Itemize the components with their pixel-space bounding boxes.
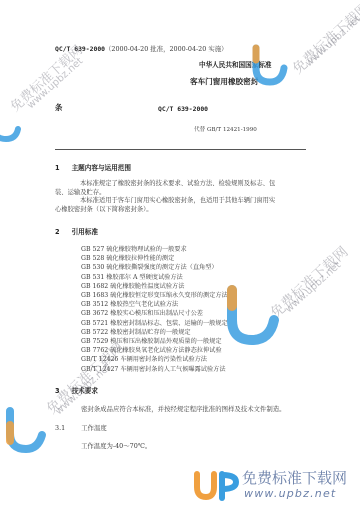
up-logo-icon xyxy=(2,405,50,455)
watermark-middle-right: 免费标准下载网 www.upbz.net xyxy=(220,250,340,360)
up-logo-icon xyxy=(192,471,240,501)
reference-item: GB 531 橡胶邵尔 A 型硬度试验方法 xyxy=(81,273,228,282)
brand-site-url: www.upbz.net xyxy=(244,488,336,500)
section-3-heading: 3技术要求 xyxy=(55,387,98,395)
watermark-top-left: 免费标准下载网 www.upbz.net xyxy=(0,20,130,140)
replaces-note: 代替 GB/T 12421-1990 xyxy=(194,126,257,134)
national-standard-label: 中华人民共和国国家标准 xyxy=(199,61,272,69)
header-code: QC/T 639-2000 xyxy=(55,45,105,53)
subsection-3-1-heading: 3.1工作温度 xyxy=(55,424,107,432)
section-1-body: 本标准规定了橡胶密封条的技术要求、试验方法、检验规则及标志、包 装、运输及贮存。… xyxy=(55,180,307,215)
paragraph-line: 本标准规定了橡胶密封条的技术要求、试验方法、检验规则及标志、包 xyxy=(55,180,307,189)
paragraph-line: 心橡胶密封条（以下简称密封条）。 xyxy=(55,206,307,215)
reference-item: GB 1683 硫化橡胶恒定形变压缩永久变形的测定方法 xyxy=(81,291,228,300)
paragraph-line: 本标准适用于客车门窗用实心橡胶密封条，也适用于其他车辆门窗用实 xyxy=(55,197,307,206)
reference-item: GB/T 12427 车辆用密封条的人工气候曝露试验方法 xyxy=(81,365,228,374)
document-page: QC/T 639-2000（2000-04-20 批准，2000-04-20 实… xyxy=(0,0,360,509)
header-dates: （2000-04-20 批准，2000-04-20 实施） xyxy=(105,45,228,53)
reference-item: GB 528 硫化橡胶拉伸性能的测定 xyxy=(81,254,228,263)
section-1-heading: 1主题内容与运用范围 xyxy=(55,164,131,172)
reference-item: GB 3672 橡胶实心模压和压出制品尺寸公差 xyxy=(81,309,228,318)
section-number: 2 xyxy=(55,228,60,236)
section-title: 主题内容与运用范围 xyxy=(72,164,131,172)
reference-item: GB 3512 橡胶热空气老化试验方法 xyxy=(81,300,228,309)
title-code: QC/T 639-2000 xyxy=(158,105,208,113)
reference-list: GB 527 硫化橡胶物理试验的一般要求 GB 528 硫化橡胶拉伸性能的测定 … xyxy=(81,245,228,374)
reference-item: GB 5721 橡胶密封制品标志、包装、运输的一般规定 xyxy=(81,319,228,328)
watermark-site-url: www.upbz.net xyxy=(283,260,343,315)
section-2-heading: 2引用标准 xyxy=(55,228,98,236)
reference-item: GB 5722 橡胶密封制品贮存的一般规定 xyxy=(81,328,228,337)
watermark-site-name: 免费标准下载网 xyxy=(288,0,360,78)
document-title-line1: 客车门窗用橡胶密封 xyxy=(190,78,258,86)
section-number: 1 xyxy=(55,164,60,172)
section-title: 技术要求 xyxy=(72,387,98,395)
reference-item: GB 527 硫化橡胶物理试验的一般要求 xyxy=(81,245,228,254)
reference-item: GB 1682 硫化橡胶脆性温度试验方法 xyxy=(81,282,228,291)
subsection-title: 工作温度 xyxy=(81,424,107,432)
up-logo-icon xyxy=(220,280,290,350)
subsection-3-1-text: 工作温度为-40～70℃。 xyxy=(81,442,151,450)
up-logo-icon xyxy=(0,105,26,145)
reference-item: GB 7529 模压和压出橡胶制品外观质量的一般规定 xyxy=(81,337,228,346)
reference-item: GB/T 12426 车辆用密封条的污染性试验方法 xyxy=(81,355,228,364)
document-title-line2: 条 xyxy=(55,104,62,112)
section-3-paragraph: 密封条成品应符合本标准，并按经规定程序批准的图样及技术文件制造。 xyxy=(81,405,286,413)
watermark-site-name: 免费标准下载网 xyxy=(266,242,352,322)
brand-site-name: 免费标准下载网 xyxy=(242,470,347,487)
standard-header: QC/T 639-2000（2000-04-20 批准，2000-04-20 实… xyxy=(55,45,228,53)
subsection-number: 3.1 xyxy=(55,424,65,432)
watermark-top-right: 免费标准下载网 www.upbz.net xyxy=(250,0,360,110)
watermark-brand-bottom-right: 免费标准下载网 www.upbz.net xyxy=(190,468,360,508)
section-number: 3 xyxy=(55,387,60,395)
reference-item: GB 530 硫化橡胶撕裂强度的测定方法（直角型） xyxy=(81,263,228,272)
section-title: 引用标准 xyxy=(72,228,98,236)
watermark-site-url: www.upbz.net xyxy=(303,14,360,69)
header-divider xyxy=(55,149,306,150)
reference-item: GB 7762 硫化橡胶臭氧老化试验方法静态拉伸试验 xyxy=(81,346,228,355)
